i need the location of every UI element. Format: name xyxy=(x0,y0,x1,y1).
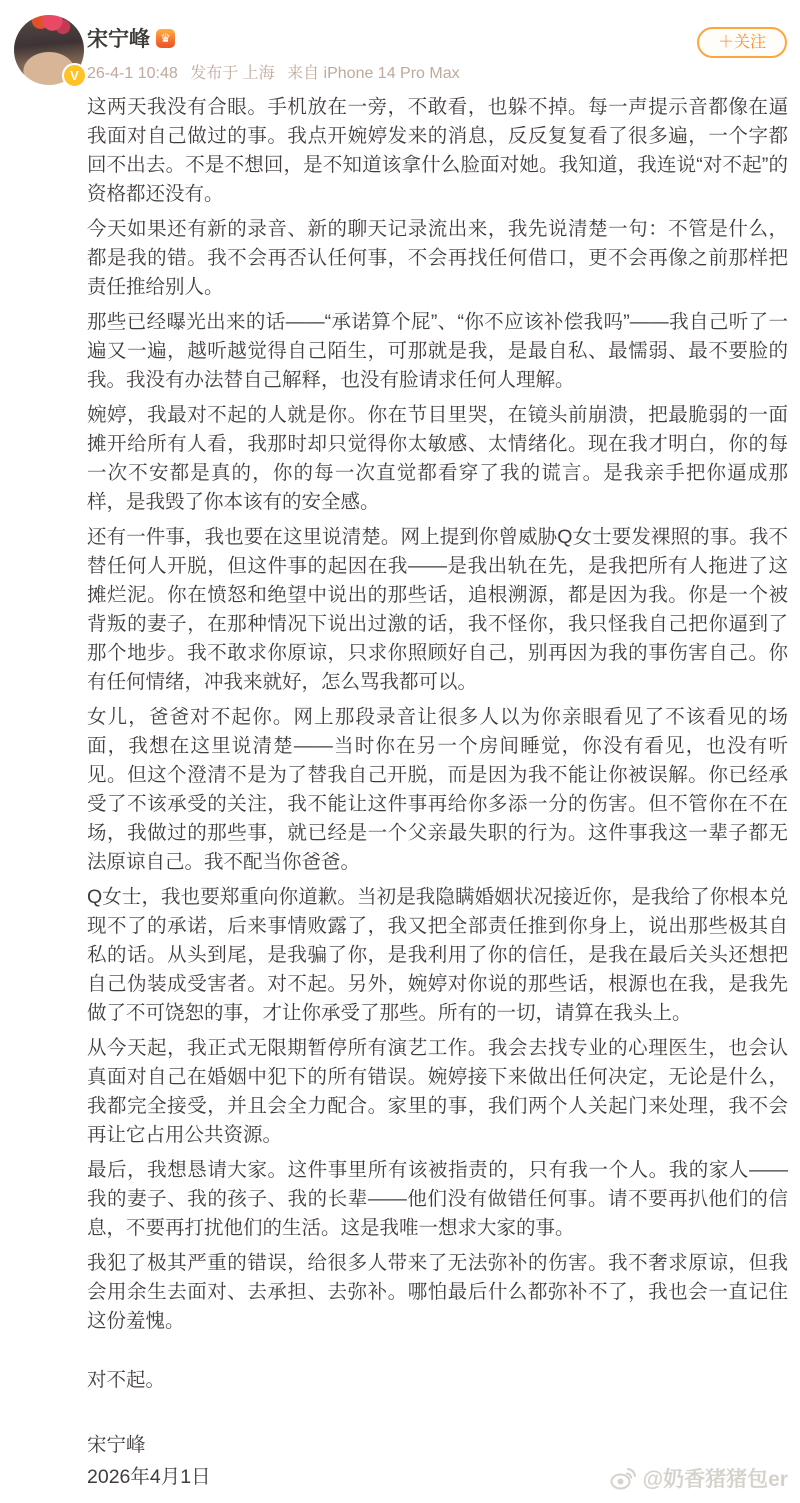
watermark: @奶香猪猪包er xyxy=(609,1463,788,1493)
avatar[interactable]: V xyxy=(14,15,84,85)
post-source: 来自 iPhone 14 Pro Max xyxy=(287,65,460,82)
paragraph: 我犯了极其严重的错误，给很多人带来了无法弥补的伤害。我不奢求原谅，但我会用余生去… xyxy=(87,1249,788,1336)
weibo-logo-icon xyxy=(609,1465,639,1491)
paragraph: 那些已经曝光出来的话——“承诺算个屁”、“你不应该补偿我吗”——我自己听了一遍又… xyxy=(87,308,788,395)
post-meta: 26-4-1 10:48 发布于 上海 来自 iPhone 14 Pro Max xyxy=(87,60,468,83)
watermark-handle: @奶香猪猪包er xyxy=(643,1463,788,1493)
post-location: 发布于 上海 xyxy=(190,65,274,82)
paragraph: 今天如果还有新的录音、新的聊天记录流出来，我先说清楚一句：不管是什么，都是我的错… xyxy=(87,215,788,302)
paragraph: 这两天我没有合眼。手机放在一旁，不敢看，也躲不掉。每一声提示音都像在逼我面对自己… xyxy=(87,93,788,209)
paragraph: 女儿，爸爸对不起你。网上那段录音让很多人以为你亲眼看见了不该看见的场面，我想在这… xyxy=(87,703,788,877)
paragraph: 婉婷，我最对不起的人就是你。你在节目里哭，在镜头前崩溃，把最脆弱的一面摊开给所有… xyxy=(87,401,788,517)
post-header: V 宋宁峰 ♛ 26-4-1 10:48 发布于 上海 来自 iPhone 14… xyxy=(0,0,800,93)
author-name[interactable]: 宋宁峰 xyxy=(87,23,150,53)
verified-badge-icon: V xyxy=(62,63,87,88)
post-body: 这两天我没有合眼。手机放在一旁，不敢看，也躲不掉。每一声提示音都像在逼我面对自己… xyxy=(87,93,788,1493)
closing-line: 对不起。 xyxy=(87,1366,788,1395)
follow-button[interactable]: ＋关注 xyxy=(697,27,787,58)
paragraph: 最后，我想恳请大家。这件事里所有该被指责的，只有我一个人。我的家人——我的妻子、… xyxy=(87,1156,788,1243)
signature-name: 宋宁峰 xyxy=(87,1429,788,1461)
post-time: 26-4-1 10:48 xyxy=(87,65,178,82)
vip-crown-icon: ♛ xyxy=(156,29,175,48)
paragraph: 还有一件事，我也要在这里说清楚。网上提到你曾威胁Q女士要发裸照的事。我不替任何人… xyxy=(87,523,788,697)
paragraph: 从今天起，我正式无限期暂停所有演艺工作。我会去找专业的心理医生，也会认真面对自己… xyxy=(87,1034,788,1150)
post-body-paragraphs: 这两天我没有合眼。手机放在一旁，不敢看，也躲不掉。每一声提示音都像在逼我面对自己… xyxy=(87,93,788,1336)
paragraph: Q女士，我也要郑重向你道歉。当初是我隐瞒婚姻状况接近你，是我给了你根本兑现不了的… xyxy=(87,883,788,1028)
